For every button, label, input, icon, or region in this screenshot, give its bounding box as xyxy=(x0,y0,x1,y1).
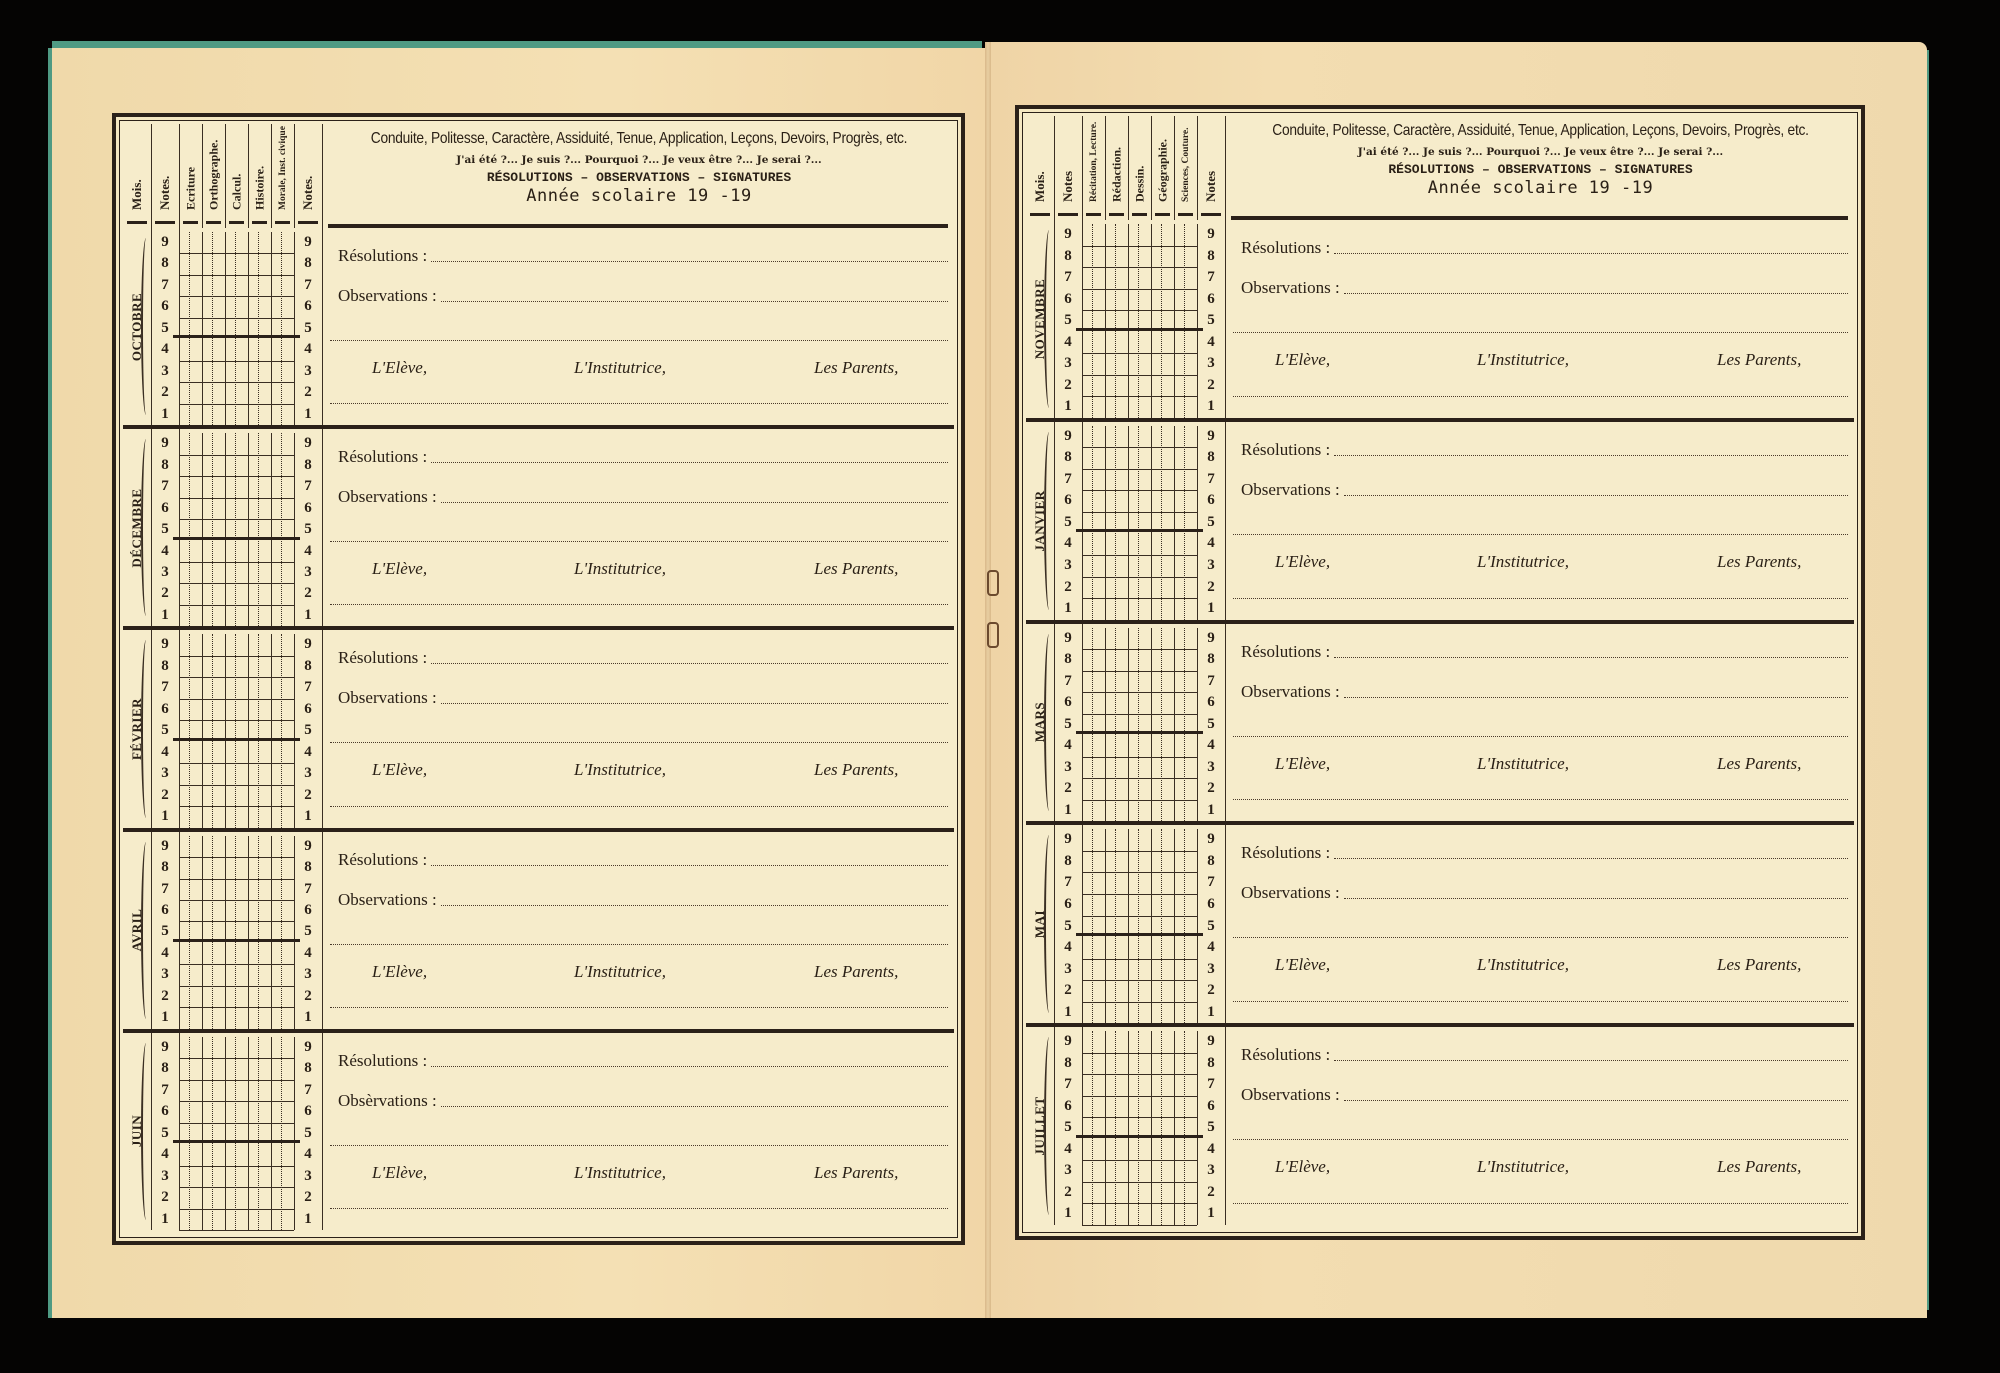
header-tick-mark xyxy=(1201,213,1221,216)
grade-grid-column[interactable] xyxy=(1128,628,1152,822)
grade-number: 3 xyxy=(294,1166,322,1186)
grade-number: 7 xyxy=(294,1080,322,1100)
grade-grid-column[interactable] xyxy=(1082,426,1106,620)
signature-line[interactable] xyxy=(1233,598,1848,599)
observations-extra-line[interactable] xyxy=(1233,937,1848,938)
grid-row-line xyxy=(179,275,294,276)
signature-eleve-label: L'Elève, xyxy=(372,559,427,579)
month-col-header: Mois. xyxy=(123,124,152,228)
grade-number: 9 xyxy=(151,836,179,856)
grid-row-line xyxy=(179,1209,294,1210)
grade-grid-column[interactable] xyxy=(202,634,226,827)
grade-number: 2 xyxy=(1197,577,1225,597)
signature-line[interactable] xyxy=(1233,1001,1848,1002)
column-header-label: Notes. xyxy=(300,176,316,210)
grade-grid-column[interactable] xyxy=(248,634,272,827)
grade-number: 1 xyxy=(151,1209,179,1229)
column-header-label: Ecriture xyxy=(183,167,198,210)
signature-parents-label: Les Parents, xyxy=(814,358,898,378)
grade-grid-column[interactable] xyxy=(1151,426,1175,620)
grade-grid-column[interactable] xyxy=(1151,224,1175,418)
grade-grid-column[interactable] xyxy=(1174,628,1198,822)
observations-extra-line[interactable] xyxy=(1233,332,1848,333)
dotted-guide xyxy=(1184,426,1185,620)
observations-extra-line[interactable] xyxy=(330,1145,948,1146)
grade-grid-column[interactable] xyxy=(1128,426,1152,620)
month-label-cell: OCTOBRE xyxy=(123,228,152,425)
resolutions-field[interactable]: Résolutions : xyxy=(1241,642,1848,662)
grade-grid-column[interactable] xyxy=(1174,426,1198,620)
grade-number: 7 xyxy=(1054,469,1082,489)
header-tick-mark xyxy=(275,221,290,224)
grade-grid[interactable] xyxy=(1082,825,1197,1023)
grade-grid-column[interactable] xyxy=(1128,829,1152,1023)
grid-row-line xyxy=(1082,490,1197,491)
resolutions-field[interactable]: Résolutions : xyxy=(1241,843,1848,863)
grade-number: 9 xyxy=(294,836,322,856)
subject-col-header: Récitation, Lecture. xyxy=(1082,116,1106,220)
resolutions-line[interactable] xyxy=(1334,1060,1848,1061)
grade-grid-column[interactable] xyxy=(225,634,249,827)
column-header-label: Notes xyxy=(1203,171,1219,202)
grade-number: 4 xyxy=(1197,1139,1225,1159)
header-section-title: RÉSOLUTIONS – OBSERVATIONS – SIGNATURES xyxy=(1227,162,1854,177)
observations-line[interactable] xyxy=(1344,495,1848,496)
month-name: FÉVRIER xyxy=(129,698,145,760)
header-tick-mark xyxy=(1132,213,1147,216)
grade-number: 7 xyxy=(1197,267,1225,287)
resolutions-field[interactable]: Résolutions : xyxy=(338,850,948,870)
grade-number: 4 xyxy=(1197,735,1225,755)
observations-field[interactable]: Observations : xyxy=(338,286,948,306)
dotted-guide xyxy=(189,232,190,425)
signature-eleve-label: L'Elève, xyxy=(1275,955,1330,975)
grade-grid-column[interactable] xyxy=(1105,829,1129,1023)
resolutions-line[interactable] xyxy=(431,261,948,262)
resolutions-line[interactable] xyxy=(431,462,948,463)
observations-line[interactable] xyxy=(441,1106,948,1107)
grade-number: 8 xyxy=(294,1058,322,1078)
grade-number: 2 xyxy=(294,986,322,1006)
dotted-guide xyxy=(281,1037,282,1230)
grade-number: 4 xyxy=(1197,533,1225,553)
grade-grid-column[interactable] xyxy=(248,1037,272,1230)
observations-field[interactable]: Observations : xyxy=(338,890,948,910)
observations-field[interactable]: Observations : xyxy=(338,688,948,708)
grade-number: 2 xyxy=(151,785,179,805)
grade-number: 9 xyxy=(1054,426,1082,446)
grade-number: 6 xyxy=(1054,490,1082,510)
grade-grid-column[interactable] xyxy=(202,1037,226,1230)
observations-field[interactable]: Observations : xyxy=(338,487,948,507)
grade-grid-column[interactable] xyxy=(179,433,203,626)
page-header: Mois.NotesRécitation, Lecture.Rédaction.… xyxy=(1026,116,1854,220)
grade-number: 3 xyxy=(1054,959,1082,979)
staple-top xyxy=(987,570,999,596)
page-header: Mois.Notes.EcritureOrthographe.Calcul.Hi… xyxy=(123,124,954,228)
month-label-cell: JUILLET xyxy=(1026,1027,1055,1225)
grade-grid-column[interactable] xyxy=(225,433,249,626)
signature-line[interactable] xyxy=(330,403,948,404)
observations-extra-line[interactable] xyxy=(330,340,948,341)
comments-area: Résolutions :Observations :L'Elève,L'Ins… xyxy=(1227,624,1854,822)
signature-eleve-label: L'Elève, xyxy=(372,760,427,780)
column-header-label: Notes. xyxy=(157,176,173,210)
resolutions-field[interactable]: Résolutions : xyxy=(338,246,948,266)
grid-row-line xyxy=(1082,1225,1197,1226)
grade-number: 9 xyxy=(1054,829,1082,849)
dotted-guide xyxy=(235,1037,236,1230)
resolutions-label: Résolutions : xyxy=(338,850,427,870)
month-name: DÉCEMBRE xyxy=(129,488,145,567)
signature-eleve-label: L'Elève, xyxy=(1275,754,1330,774)
grid-row-line xyxy=(1082,800,1197,801)
dotted-guide xyxy=(212,433,213,626)
dotted-guide xyxy=(258,634,259,827)
grade-grid[interactable] xyxy=(179,832,294,1029)
grade-number: 6 xyxy=(1197,289,1225,309)
grid-row-line xyxy=(1082,1074,1197,1075)
dotted-guide xyxy=(1184,628,1185,822)
grade-grid-column[interactable] xyxy=(1105,1031,1129,1225)
grade-grid[interactable] xyxy=(1082,624,1197,822)
grade-number: 6 xyxy=(1054,692,1082,712)
grade-number: 4 xyxy=(1054,735,1082,755)
dotted-guide xyxy=(212,634,213,827)
notes-col-header: Notes. xyxy=(294,124,323,228)
grid-row-line xyxy=(179,1230,294,1231)
grade-grid-column[interactable] xyxy=(1128,1031,1152,1225)
header-tick-mark xyxy=(127,221,147,224)
comments-area: Résolutions :Observations :L'Elève,L'Ins… xyxy=(324,630,954,827)
observations-field[interactable]: Observations : xyxy=(1241,1085,1848,1105)
resolutions-field[interactable]: Résolutions : xyxy=(338,1051,948,1071)
observations-line[interactable] xyxy=(441,703,948,704)
grade-number: 1 xyxy=(151,404,179,424)
grade-number: 7 xyxy=(151,476,179,496)
grade-number: 1 xyxy=(294,404,322,424)
observations-label: Observations : xyxy=(338,487,437,507)
resolutions-field[interactable]: Résolutions : xyxy=(1241,1045,1848,1065)
grade-scale-left: 987654321 xyxy=(1054,1027,1083,1225)
dotted-guide xyxy=(281,433,282,626)
grade-number: 7 xyxy=(1054,1074,1082,1094)
signature-parents-label: Les Parents, xyxy=(814,760,898,780)
grade-scale-right: 987654321 xyxy=(1197,220,1226,418)
grade-number: 2 xyxy=(294,785,322,805)
grade-grid[interactable] xyxy=(179,1033,294,1230)
grade-grid-column[interactable] xyxy=(271,634,295,827)
observations-extra-line[interactable] xyxy=(330,742,948,743)
grade-grid-column[interactable] xyxy=(1105,426,1129,620)
resolutions-line[interactable] xyxy=(431,865,948,866)
grade-number: 2 xyxy=(1054,1182,1082,1202)
grade-number: 4 xyxy=(1197,332,1225,352)
grade-grid-column[interactable] xyxy=(179,634,203,827)
grade-scale-left: 987654321 xyxy=(1054,825,1083,1023)
resolutions-line[interactable] xyxy=(1334,657,1848,658)
resolutions-field[interactable]: Résolutions : xyxy=(1241,440,1848,460)
month-name: JUILLET xyxy=(1032,1097,1048,1156)
header-categories: Conduite, Politesse, Caractère, Assiduit… xyxy=(1271,122,1810,140)
observations-extra-line[interactable] xyxy=(1233,534,1848,535)
column-header-label: Sciences, Couture. xyxy=(1181,128,1191,203)
grade-grid-column[interactable] xyxy=(248,433,272,626)
grid-row-line xyxy=(1082,447,1197,448)
signature-institutrice-label: L'Institutrice, xyxy=(1477,1157,1569,1177)
grid-row-line xyxy=(179,455,294,456)
grade-grid-column[interactable] xyxy=(271,836,295,1029)
grade-grid-column[interactable] xyxy=(1174,1031,1198,1225)
observations-extra-line[interactable] xyxy=(330,944,948,945)
observations-label: Observations : xyxy=(1241,1085,1340,1105)
grade-grid-column[interactable] xyxy=(1082,224,1106,418)
grade-number: 3 xyxy=(294,361,322,381)
grade-number: 9 xyxy=(1197,426,1225,446)
grade-number: 4 xyxy=(151,541,179,561)
observations-line[interactable] xyxy=(1344,898,1848,899)
grade-grid-column[interactable] xyxy=(1151,628,1175,822)
resolutions-field[interactable]: Résolutions : xyxy=(338,648,948,668)
dotted-guide xyxy=(1092,829,1093,1023)
grid-row-line xyxy=(1082,851,1197,852)
grade-number: 3 xyxy=(1197,353,1225,373)
grade-number: 9 xyxy=(294,232,322,252)
grade-grid-column[interactable] xyxy=(1082,1031,1106,1225)
dotted-guide xyxy=(1161,1031,1162,1225)
grade-number: 4 xyxy=(151,339,179,359)
grade-number: 4 xyxy=(1054,937,1082,957)
month-section: NOVEMBRE987654321987654321Résolutions :O… xyxy=(1026,220,1854,422)
observations-line[interactable] xyxy=(441,502,948,503)
dotted-guide xyxy=(1115,224,1116,418)
grade-number: 1 xyxy=(294,1007,322,1027)
grade-grid[interactable] xyxy=(179,429,294,626)
grade-number: 1 xyxy=(1197,396,1225,416)
grade-scale-left: 987654321 xyxy=(151,630,180,827)
grade-grid-column[interactable] xyxy=(1151,829,1175,1023)
grade-grid-column[interactable] xyxy=(179,1037,203,1230)
grade-number: 3 xyxy=(294,562,322,582)
grid-row-line xyxy=(1082,980,1197,981)
grade-grid-column[interactable] xyxy=(1105,224,1129,418)
observations-line[interactable] xyxy=(1344,1100,1848,1101)
resolutions-label: Résolutions : xyxy=(338,648,427,668)
grade-number: 2 xyxy=(151,382,179,402)
grid-row-line xyxy=(179,476,294,477)
grade-number: 3 xyxy=(151,562,179,582)
dotted-guide xyxy=(189,433,190,626)
grade-grid-column[interactable] xyxy=(271,433,295,626)
grid-row-line xyxy=(1082,310,1197,311)
notes-col-header: Notes. xyxy=(151,124,180,228)
grade-grid-column[interactable] xyxy=(1151,1031,1175,1225)
resolutions-line[interactable] xyxy=(1334,253,1848,254)
grade-grid-column[interactable] xyxy=(1174,829,1198,1023)
grade-grid-column[interactable] xyxy=(1082,628,1106,822)
signature-line[interactable] xyxy=(1233,1203,1848,1204)
header-text-block: Conduite, Politesse, Caractère, Assiduit… xyxy=(324,124,954,228)
grade-grid-column[interactable] xyxy=(1128,224,1152,418)
grade-number: 8 xyxy=(294,455,322,475)
grade-grid-column[interactable] xyxy=(225,836,249,1029)
grade-grid-column[interactable] xyxy=(271,232,295,425)
comments-area: Résolutions :Observations :L'Elève,L'Ins… xyxy=(1227,825,1854,1023)
grade-number: 1 xyxy=(1054,598,1082,618)
grade-number: 8 xyxy=(294,857,322,877)
resolutions-line[interactable] xyxy=(1334,858,1848,859)
signature-line[interactable] xyxy=(1233,799,1848,800)
column-header-label: Récitation, Lecture. xyxy=(1089,122,1099,202)
observations-line[interactable] xyxy=(1344,697,1848,698)
grade-number: 8 xyxy=(1197,649,1225,669)
signature-parents-label: Les Parents, xyxy=(1717,350,1801,370)
observations-extra-line[interactable] xyxy=(1233,736,1848,737)
signature-line[interactable] xyxy=(1233,396,1848,397)
month-section: DÉCEMBRE987654321987654321Résolutions :O… xyxy=(123,429,954,630)
grade-number: 3 xyxy=(1054,757,1082,777)
grade-number: 1 xyxy=(294,605,322,625)
grade-grid[interactable] xyxy=(1082,422,1197,620)
column-header-label: Géographie. xyxy=(1155,139,1170,202)
signature-line[interactable] xyxy=(330,1007,948,1008)
month-name: OCTOBRE xyxy=(129,292,145,360)
resolutions-line[interactable] xyxy=(1334,455,1848,456)
dotted-guide xyxy=(1184,1031,1185,1225)
grade-grid-column[interactable] xyxy=(271,1037,295,1230)
resolutions-field[interactable]: Résolutions : xyxy=(1241,238,1848,258)
signature-line[interactable] xyxy=(330,604,948,605)
grade-grid-column[interactable] xyxy=(202,232,226,425)
pass-mark-line xyxy=(173,335,300,338)
signature-institutrice-label: L'Institutrice, xyxy=(1477,552,1569,572)
subject-col-header: Dessin. xyxy=(1128,116,1152,220)
observations-field[interactable]: Obsèrvations : xyxy=(338,1091,948,1111)
grade-number: 7 xyxy=(151,1080,179,1100)
grade-grid-column[interactable] xyxy=(248,232,272,425)
signature-line[interactable] xyxy=(330,806,948,807)
grade-number: 6 xyxy=(294,699,322,719)
observations-field[interactable]: Observations : xyxy=(1241,480,1848,500)
grade-scale-right: 987654321 xyxy=(1197,1027,1226,1225)
comments-area: Résolutions :Observations :L'Elève,L'Ins… xyxy=(324,228,954,425)
resolutions-label: Résolutions : xyxy=(1241,1045,1330,1065)
grade-grid-column[interactable] xyxy=(225,232,249,425)
grade-grid-column[interactable] xyxy=(1082,829,1106,1023)
grade-grid-column[interactable] xyxy=(179,836,203,1029)
resolutions-label: Résolutions : xyxy=(338,447,427,467)
grid-row-line xyxy=(1082,671,1197,672)
grade-number: 1 xyxy=(151,1007,179,1027)
grid-row-line xyxy=(179,1080,294,1081)
resolutions-line[interactable] xyxy=(431,663,948,664)
grade-number: 4 xyxy=(294,742,322,762)
grade-number: 4 xyxy=(151,742,179,762)
subject-col-header: Orthographe. xyxy=(202,124,226,228)
resolutions-label: Résolutions : xyxy=(1241,238,1330,258)
signature-eleve-label: L'Elève, xyxy=(372,962,427,982)
grade-grid[interactable] xyxy=(179,228,294,425)
grade-grid-column[interactable] xyxy=(1174,224,1198,418)
resolutions-field[interactable]: Résolutions : xyxy=(338,447,948,467)
observations-line[interactable] xyxy=(441,301,948,302)
resolutions-line[interactable] xyxy=(431,1066,948,1067)
grade-number: 6 xyxy=(1197,894,1225,914)
dotted-guide xyxy=(258,1037,259,1230)
signature-eleve-label: L'Elève, xyxy=(1275,1157,1330,1177)
subject-col-header: Morale, Inst. civique xyxy=(271,124,295,228)
observations-extra-line[interactable] xyxy=(1233,1139,1848,1140)
grade-number: 2 xyxy=(294,382,322,402)
signature-institutrice-label: L'Institutrice, xyxy=(1477,955,1569,975)
grade-grid-column[interactable] xyxy=(202,836,226,1029)
header-tick-mark xyxy=(183,221,198,224)
grade-scale-right: 987654321 xyxy=(1197,825,1226,1023)
header-questions: J'ai été ?... Je suis ?... Pourquoi ?...… xyxy=(324,154,954,166)
grade-number: 6 xyxy=(151,296,179,316)
grade-number: 3 xyxy=(294,763,322,783)
dotted-guide xyxy=(281,232,282,425)
grade-grid-column[interactable] xyxy=(225,1037,249,1230)
grade-number: 4 xyxy=(151,1144,179,1164)
grade-grid[interactable] xyxy=(179,630,294,827)
grade-number: 8 xyxy=(1054,447,1082,467)
observations-field[interactable]: Observations : xyxy=(1241,682,1848,702)
grade-grid-column[interactable] xyxy=(202,433,226,626)
observations-label: Observations : xyxy=(1241,682,1340,702)
dotted-guide xyxy=(1161,628,1162,822)
column-header-label: Orthographe. xyxy=(206,140,221,210)
grade-number: 1 xyxy=(1197,598,1225,618)
comments-area: Résolutions :Observations :L'Elève,L'Ins… xyxy=(324,429,954,626)
grade-grid-column[interactable] xyxy=(1105,628,1129,822)
month-name: NOVEMBRE xyxy=(1032,279,1048,360)
observations-label: Obsèrvations : xyxy=(338,1091,437,1111)
grid-row-line xyxy=(179,382,294,383)
resolutions-label: Résolutions : xyxy=(1241,843,1330,863)
grade-grid[interactable] xyxy=(1082,1027,1197,1225)
observations-extra-line[interactable] xyxy=(330,541,948,542)
grade-number: 6 xyxy=(1197,490,1225,510)
resolutions-label: Résolutions : xyxy=(338,246,427,266)
grid-row-line xyxy=(1082,267,1197,268)
signature-line[interactable] xyxy=(330,1208,948,1209)
observations-field[interactable]: Observations : xyxy=(1241,278,1848,298)
observations-field[interactable]: Observations : xyxy=(1241,883,1848,903)
grid-row-line xyxy=(179,763,294,764)
signature-institutrice-label: L'Institutrice, xyxy=(1477,754,1569,774)
grade-number: 4 xyxy=(294,339,322,359)
grade-number: 2 xyxy=(151,986,179,1006)
grade-grid[interactable] xyxy=(1082,220,1197,418)
grade-grid-column[interactable] xyxy=(248,836,272,1029)
grade-number: 3 xyxy=(1197,555,1225,575)
grade-grid-column[interactable] xyxy=(179,232,203,425)
observations-line[interactable] xyxy=(1344,293,1848,294)
grade-number: 1 xyxy=(1054,1002,1082,1022)
grade-number: 3 xyxy=(1054,1160,1082,1180)
month-section: JUIN987654321987654321Résolutions :Obsèr… xyxy=(123,1033,954,1234)
grade-number: 8 xyxy=(294,656,322,676)
grade-number: 7 xyxy=(294,677,322,697)
grade-number: 9 xyxy=(151,1037,179,1057)
pass-mark-line xyxy=(1076,529,1203,532)
grade-number: 8 xyxy=(151,455,179,475)
grade-number: 2 xyxy=(1054,577,1082,597)
observations-line[interactable] xyxy=(441,905,948,906)
grade-number: 6 xyxy=(294,1101,322,1121)
header-tick-mark xyxy=(1178,213,1193,216)
